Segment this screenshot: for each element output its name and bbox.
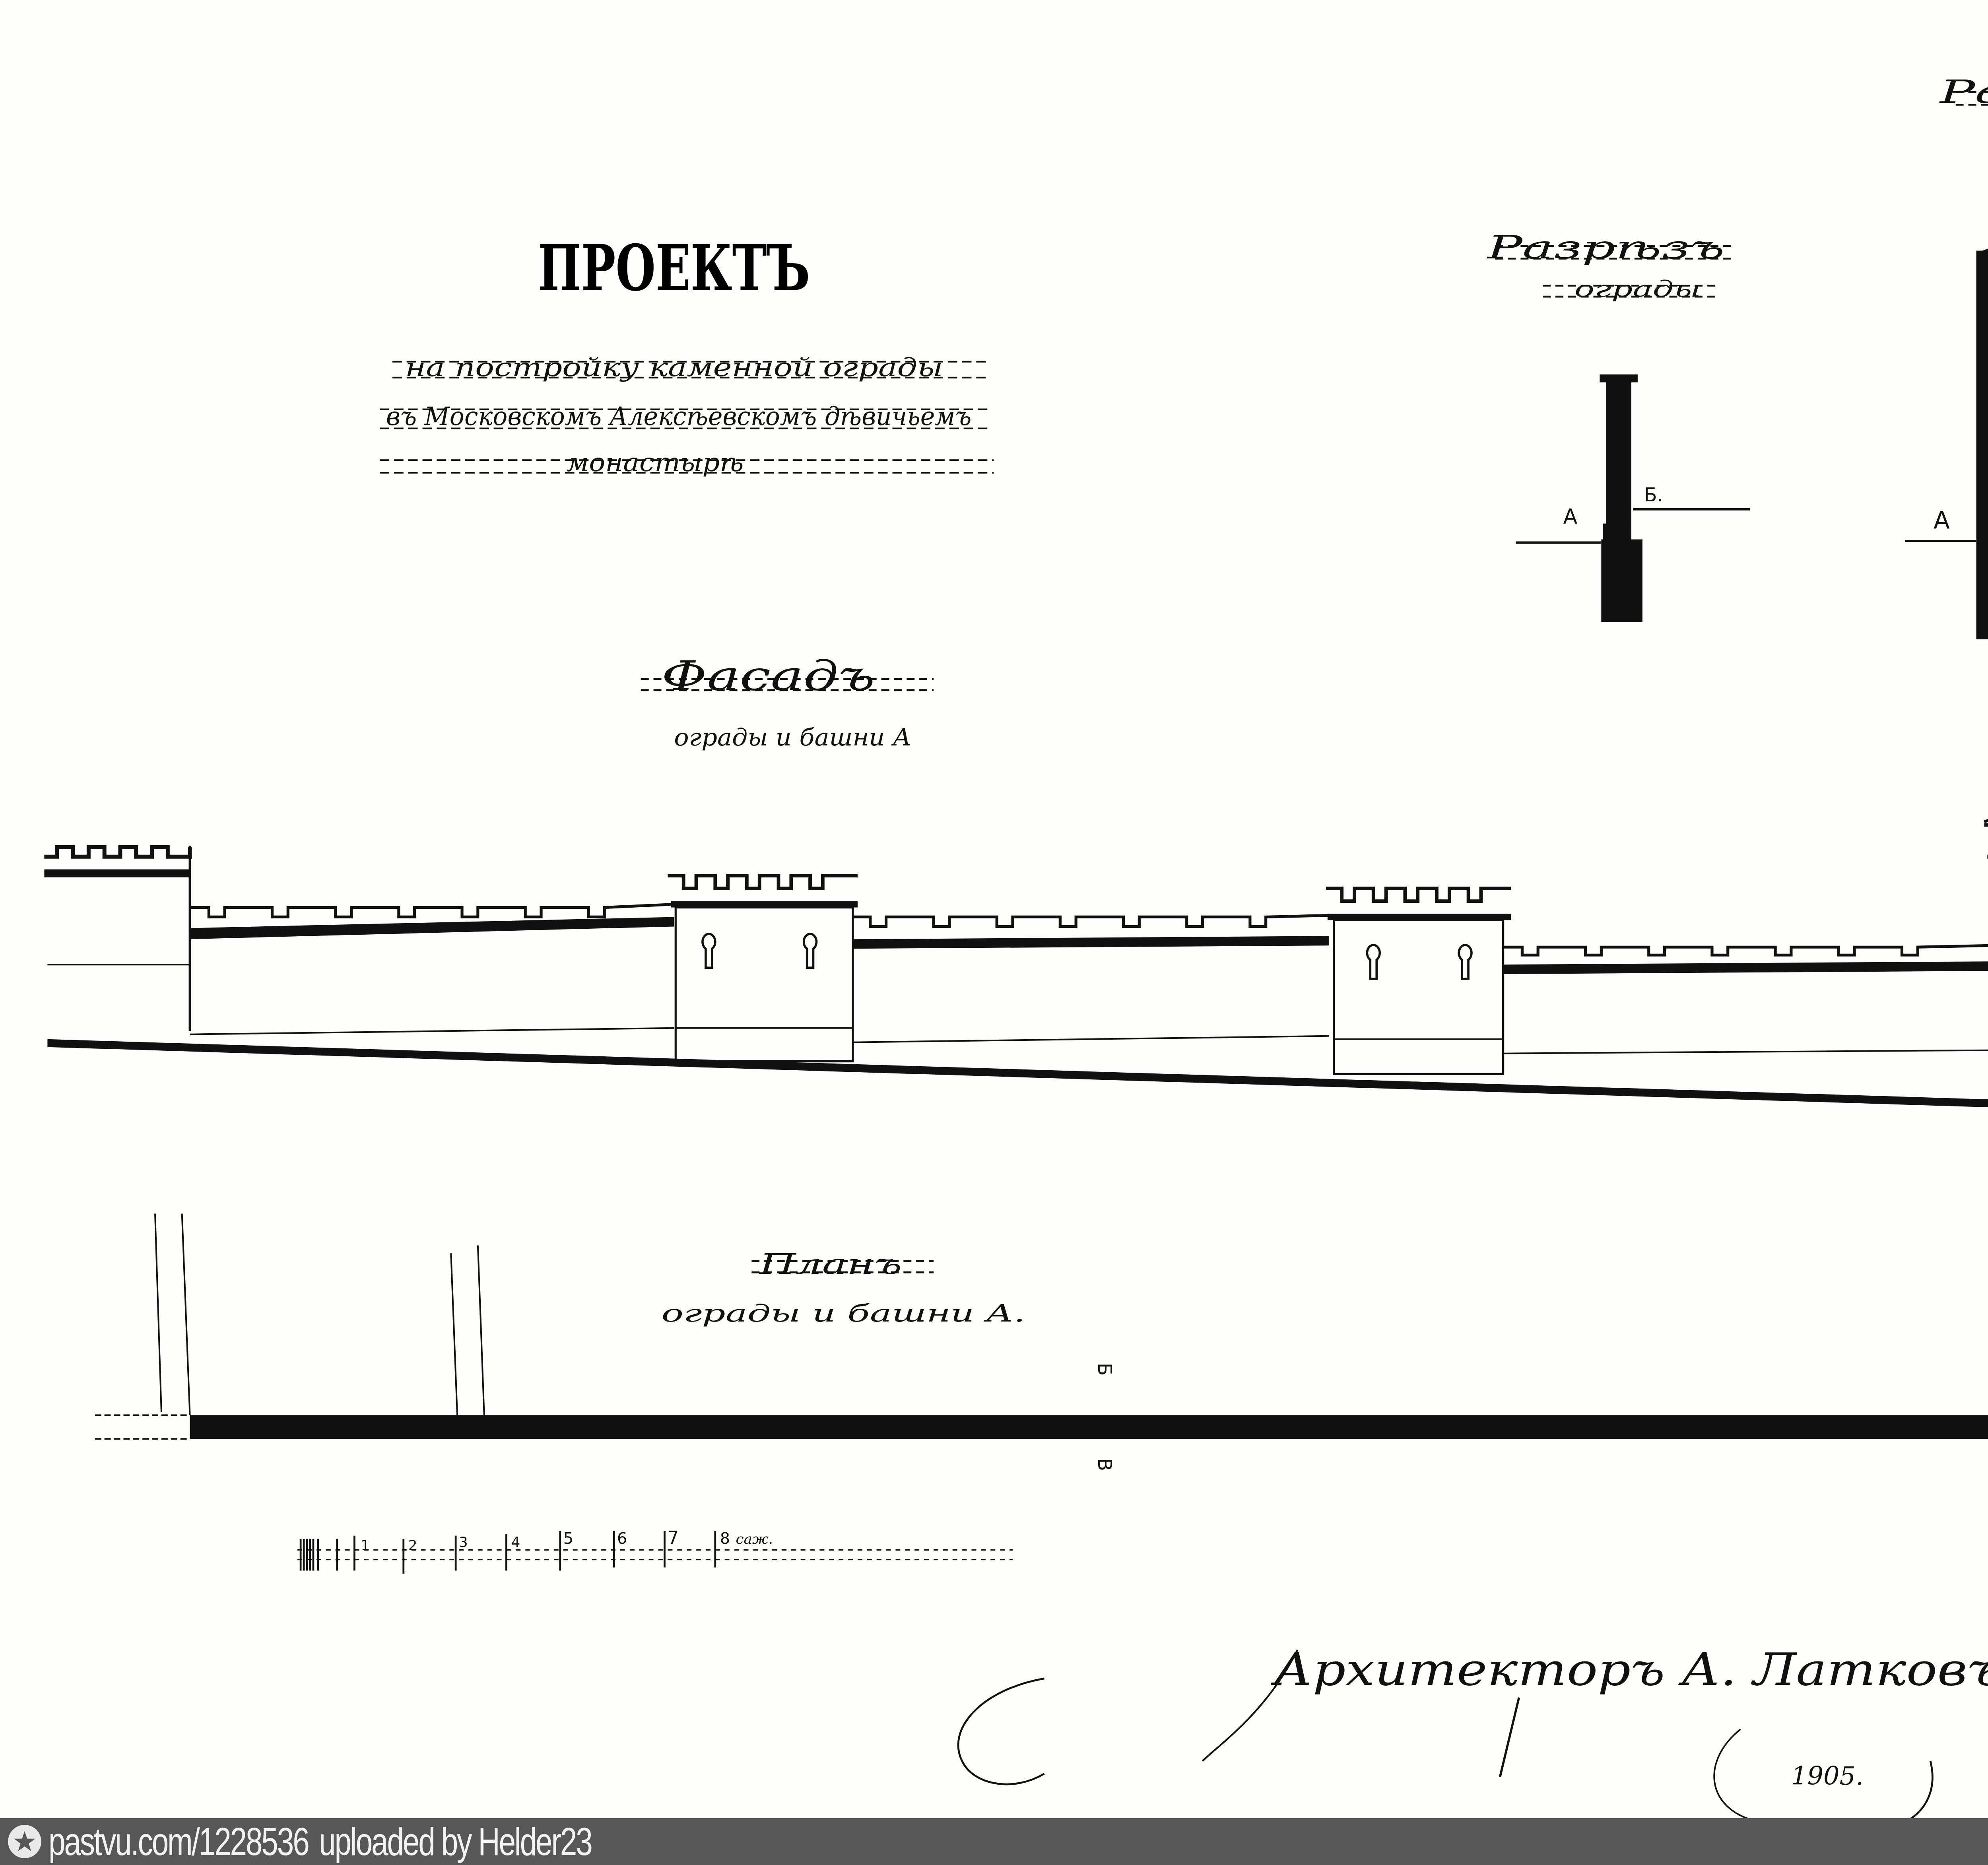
plan-drawing: Б А Б В xyxy=(95,1161,1988,1484)
plan-marker-v-mid: В xyxy=(1093,1458,1115,1471)
svg-text:8: 8 xyxy=(720,1529,730,1548)
uploader-credit: uploaded by Helder23 xyxy=(319,1820,592,1863)
tower-a-facade xyxy=(1984,776,1988,1110)
svg-text:ограды и башни А.: ограды и башни А. xyxy=(661,1300,1025,1327)
watermark-bar: ★ pastvu.com/1228536uploaded by Helder23 xyxy=(0,1818,1988,1865)
svg-text:Фасадъ: Фасадъ xyxy=(661,652,875,700)
signature-year: 1905. xyxy=(1791,1762,1864,1791)
architect-signature: Архитекторъ А. Латковъ 1905. xyxy=(958,1644,1988,1818)
tower-section-drawing: А Б. xyxy=(1905,206,1988,639)
title-line-1: на постройку каменной ограды xyxy=(405,353,943,382)
svg-text:Разрѣзъ: Разрѣзъ xyxy=(1939,74,1988,111)
svg-text:3: 3 xyxy=(459,1534,468,1551)
architectural-drawing: 49 ПРОЕКТЪ на постройку каменной ограды … xyxy=(0,0,1988,1818)
svg-text:7: 7 xyxy=(668,1528,679,1548)
drawing-sheet: 49 ПРОЕКТЪ на постройку каменной ограды … xyxy=(0,0,1988,1818)
svg-text:6: 6 xyxy=(617,1529,627,1548)
svg-text:саж.: саж. xyxy=(736,1531,773,1547)
wall-tower-1 xyxy=(668,876,858,1062)
wall-tower-2 xyxy=(1326,889,1511,1074)
svg-text:ограды: ограды xyxy=(1574,276,1701,302)
scale-bar: 1 2 3 4 5 6 7 8 саж. xyxy=(297,1528,1013,1574)
title-line-3: монастырѣ xyxy=(567,448,744,477)
wall-section-label: Разрѣзъ ограды xyxy=(1486,229,1733,302)
svg-text:2: 2 xyxy=(408,1537,417,1554)
section-marker-b: Б. xyxy=(1644,484,1663,506)
source-link[interactable]: pastvu.com/1228536 xyxy=(49,1820,309,1863)
svg-text:1: 1 xyxy=(361,1537,370,1554)
facade-drawing xyxy=(44,776,1988,1136)
section-marker-a: А xyxy=(1563,505,1577,529)
wall-section-drawing: А Б. xyxy=(1516,375,1750,622)
wall-segment-2 xyxy=(853,915,1329,1042)
svg-text:5: 5 xyxy=(563,1529,573,1548)
signature-text: Архитекторъ А. Латковъ xyxy=(1270,1644,1988,1696)
facade-label: Фасадъ ограды и башни А xyxy=(641,652,934,752)
left-corner-tower xyxy=(44,846,190,1031)
svg-text:Планъ: Планъ xyxy=(758,1247,902,1281)
wall-segment-1 xyxy=(190,904,674,1034)
pastvu-star-icon: ★ xyxy=(8,1825,41,1858)
plan-marker-b-mid: Б xyxy=(1093,1363,1115,1376)
svg-text:А: А xyxy=(1934,507,1950,534)
svg-text:Разрѣзъ: Разрѣзъ xyxy=(1486,229,1725,266)
tower-section-label: Разрѣзъ башни А. xyxy=(1939,74,1988,136)
svg-text:ограды и башни А: ограды и башни А xyxy=(674,724,911,751)
svg-text:4: 4 xyxy=(511,1534,520,1551)
plan-label: Планъ ограды и башни А. xyxy=(661,1247,1025,1327)
project-title: ПРОЕКТЪ xyxy=(538,231,810,305)
wall-segment-3 xyxy=(1503,945,1988,1053)
title-line-2: въ Московскомъ Алексѣевскомъ дѣвичьемъ xyxy=(386,402,971,431)
